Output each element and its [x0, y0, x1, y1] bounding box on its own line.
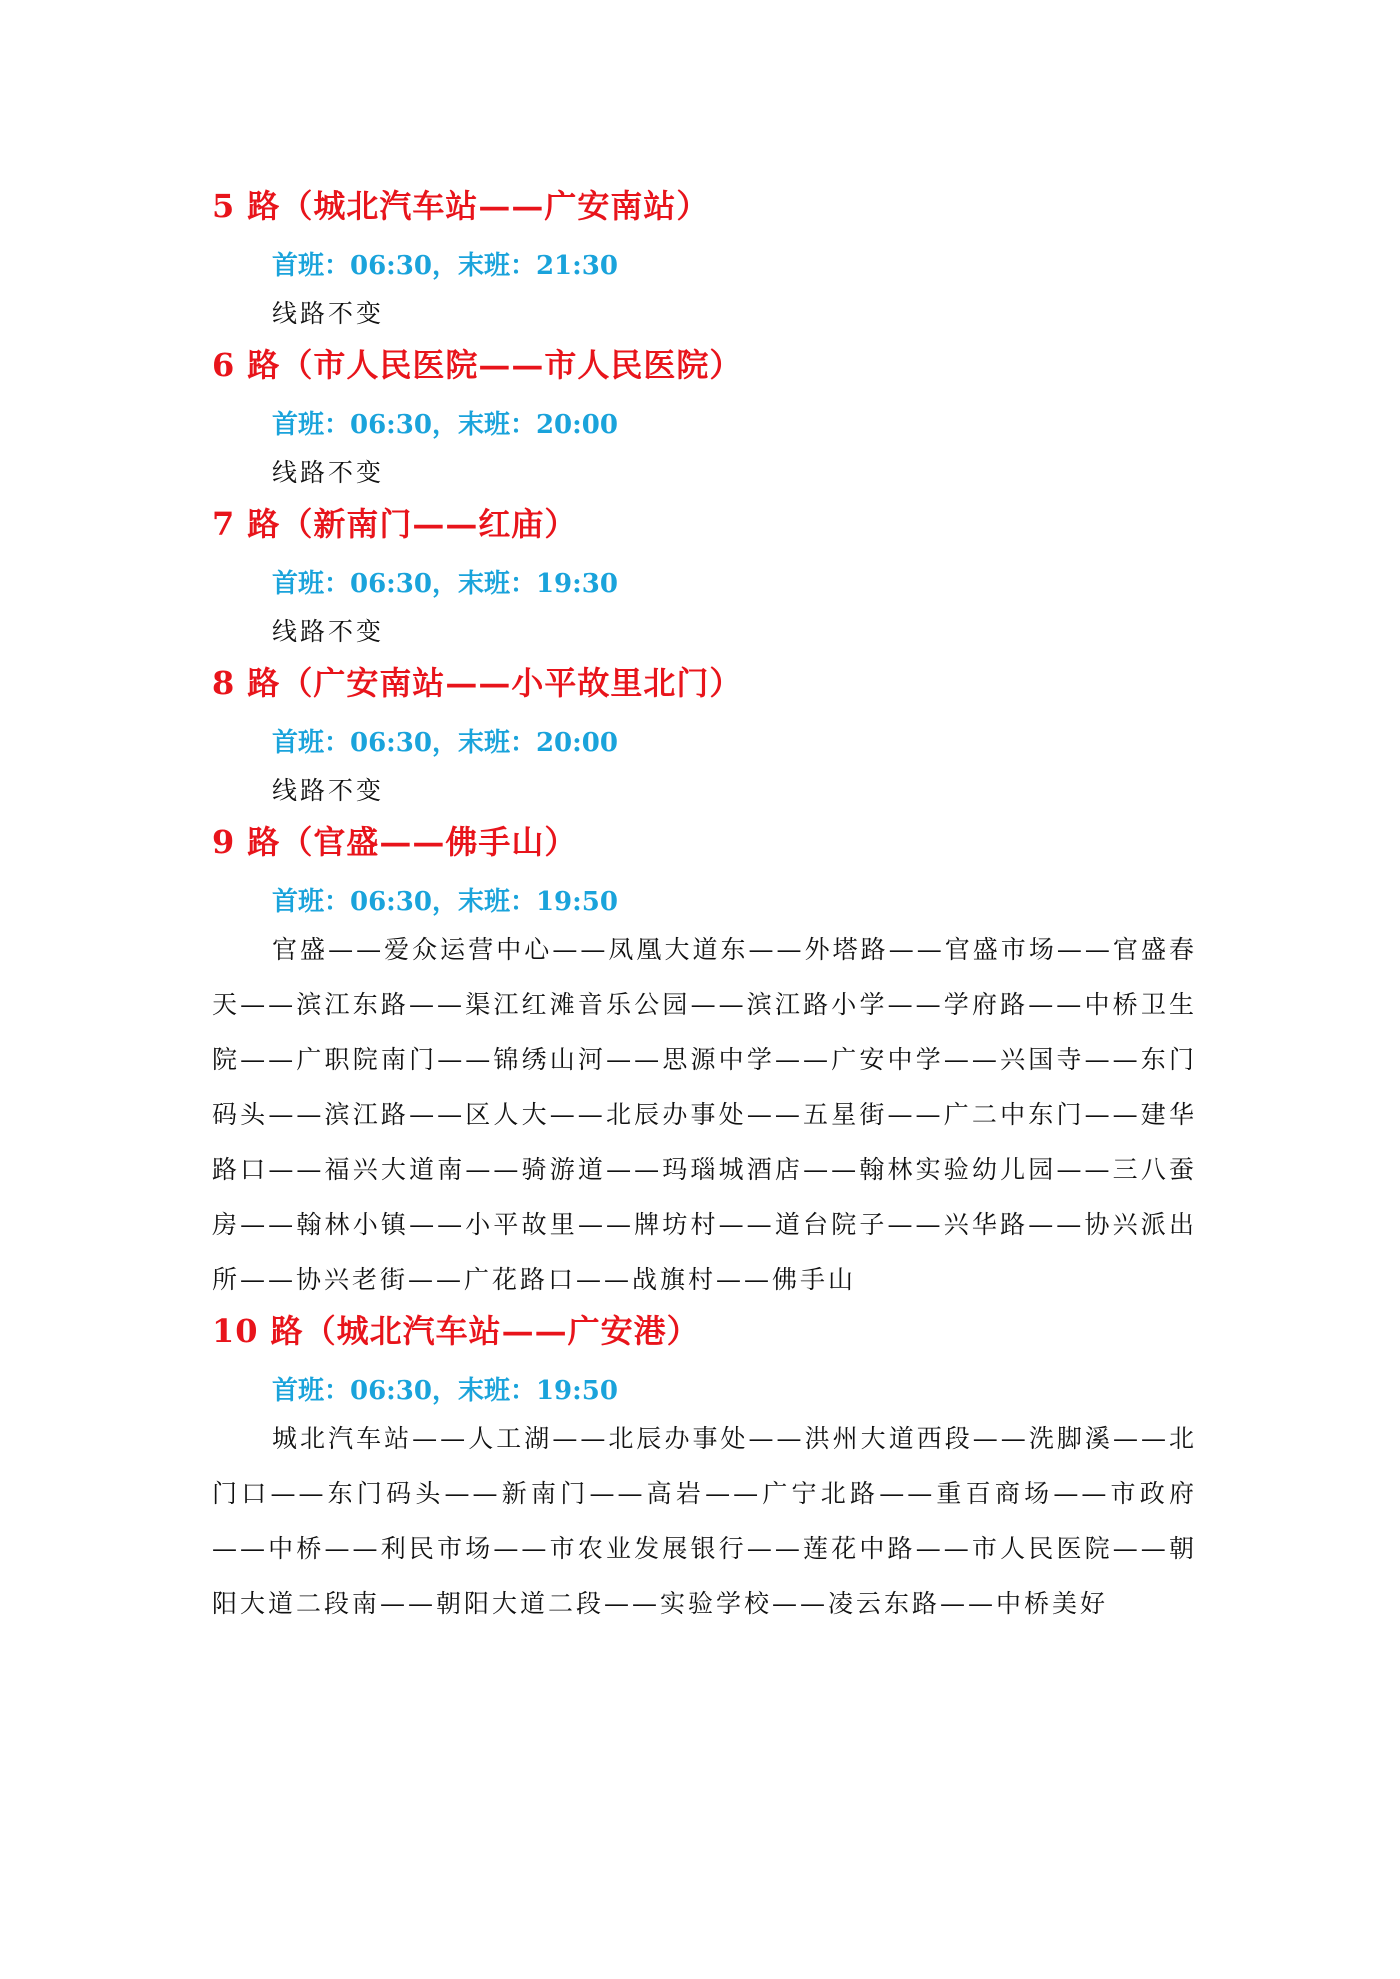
- route-title: 5 路（城北汽车站——广安南站）: [212, 182, 1197, 230]
- route-title: 10 路（城北汽车站——广安港）: [212, 1307, 1197, 1355]
- route-title: 6 路（市人民医院——市人民医院）: [212, 341, 1197, 389]
- route-9: 9 路（官盛——佛手山） 首班：06:30，末班：19:50 官盛——爱众运营中…: [212, 818, 1197, 1307]
- route-schedule: 首班：06:30，末班：20:00: [272, 405, 1197, 445]
- bus-route-document: 5 路（城北汽车站——广安南站） 首班：06:30，末班：21:30 线路不变 …: [212, 182, 1197, 1631]
- route-title: 9 路（官盛——佛手山）: [212, 818, 1197, 866]
- route-title: 8 路（广安南站——小平故里北门）: [212, 659, 1197, 707]
- route-title: 7 路（新南门——红庙）: [212, 500, 1197, 548]
- route-7: 7 路（新南门——红庙） 首班：06:30，末班：19:30 线路不变: [212, 500, 1197, 659]
- route-schedule: 首班：06:30，末班：19:50: [272, 1371, 1197, 1411]
- route-6: 6 路（市人民医院——市人民医院） 首班：06:30，末班：20:00 线路不变: [212, 341, 1197, 500]
- route-schedule: 首班：06:30，末班：21:30: [272, 246, 1197, 286]
- route-schedule: 首班：06:30，末班：19:30: [272, 564, 1197, 604]
- route-8: 8 路（广安南站——小平故里北门） 首班：06:30，末班：20:00 线路不变: [212, 659, 1197, 818]
- route-5: 5 路（城北汽车站——广安南站） 首班：06:30，末班：21:30 线路不变: [212, 182, 1197, 341]
- route-description: 线路不变: [272, 763, 1197, 818]
- route-description: 线路不变: [272, 445, 1197, 500]
- route-schedule: 首班：06:30，末班：20:00: [272, 723, 1197, 763]
- route-description: 线路不变: [272, 286, 1197, 341]
- route-stop-list: 官盛——爱众运营中心——凤凰大道东——外塔路——官盛市场——官盛春天——滨江东路…: [212, 922, 1197, 1307]
- route-description: 线路不变: [272, 604, 1197, 659]
- route-stop-list: 城北汽车站——人工湖——北辰办事处——洪州大道西段——洗脚溪——北门口——东门码…: [212, 1411, 1197, 1631]
- route-10: 10 路（城北汽车站——广安港） 首班：06:30，末班：19:50 城北汽车站…: [212, 1307, 1197, 1631]
- route-schedule: 首班：06:30，末班：19:50: [272, 882, 1197, 922]
